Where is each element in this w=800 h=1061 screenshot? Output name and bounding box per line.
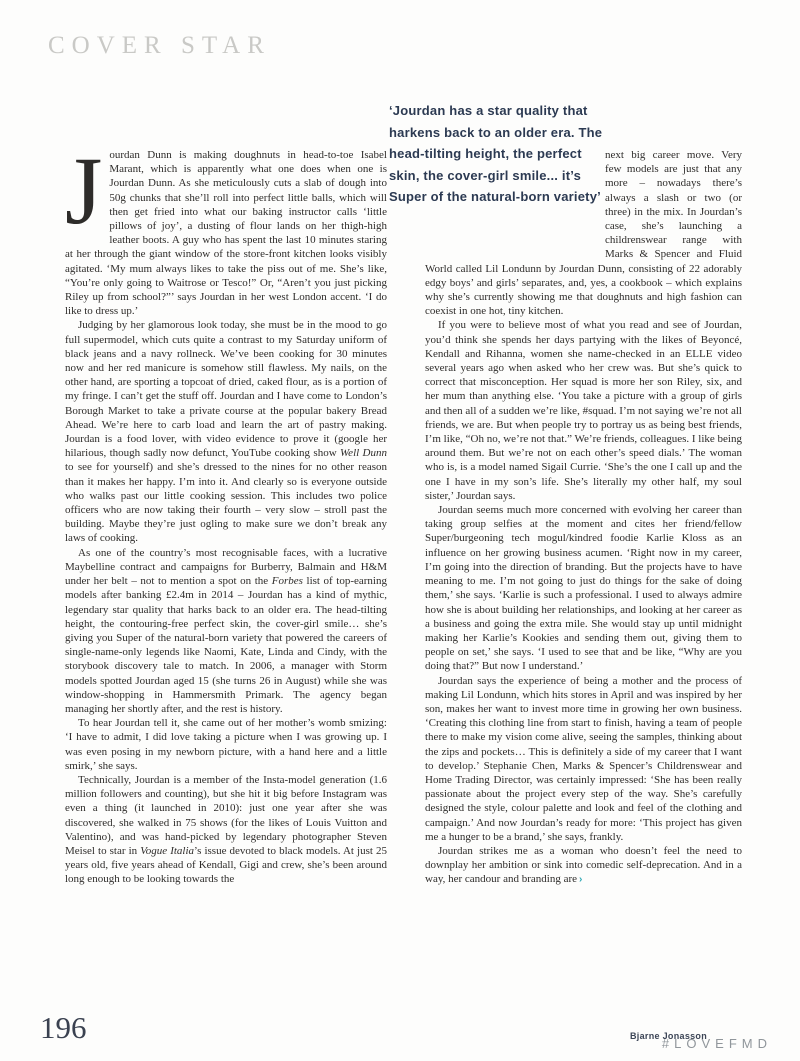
page-number: 196 xyxy=(40,1010,87,1046)
section-kicker: COVER STAR xyxy=(48,32,271,60)
paragraph-text: Jourdan strikes me as a woman who doesn’… xyxy=(425,845,742,885)
paragraph: To hear Jourdan tell it, she came out of… xyxy=(65,716,387,773)
paragraph: Judging by her glamorous look today, she… xyxy=(65,318,387,545)
paragraph: Jourdan strikes me as a woman who doesn’… xyxy=(425,844,742,888)
paragraph: As one of the country’s most recognisabl… xyxy=(65,546,387,716)
pull-quote: ‘Jourdan has a star quality that harkens… xyxy=(389,100,604,208)
drop-cap: J xyxy=(65,148,109,234)
article-left-column: Jourdan Dunn is making doughnuts in head… xyxy=(65,148,387,887)
paragraph: If you were to believe most of what you … xyxy=(425,318,742,503)
paragraph-text: ourdan Dunn is making doughnuts in head-… xyxy=(65,149,387,317)
magazine-page: COVER STAR ‘Jourdan has a star quality t… xyxy=(0,0,800,1061)
watermark: #LOVEFMD xyxy=(662,1036,772,1051)
article-right-column: next big career move. Very few models ar… xyxy=(425,148,742,888)
paragraph: Technically, Jourdan is a member of the … xyxy=(65,773,387,887)
paragraph: Jourdan seems much more concerned with e… xyxy=(425,503,742,673)
continued-arrow-icon: › xyxy=(579,874,582,885)
paragraph: Jourdan Dunn is making doughnuts in head… xyxy=(65,148,387,318)
paragraph: Jourdan says the experience of being a m… xyxy=(425,674,742,844)
